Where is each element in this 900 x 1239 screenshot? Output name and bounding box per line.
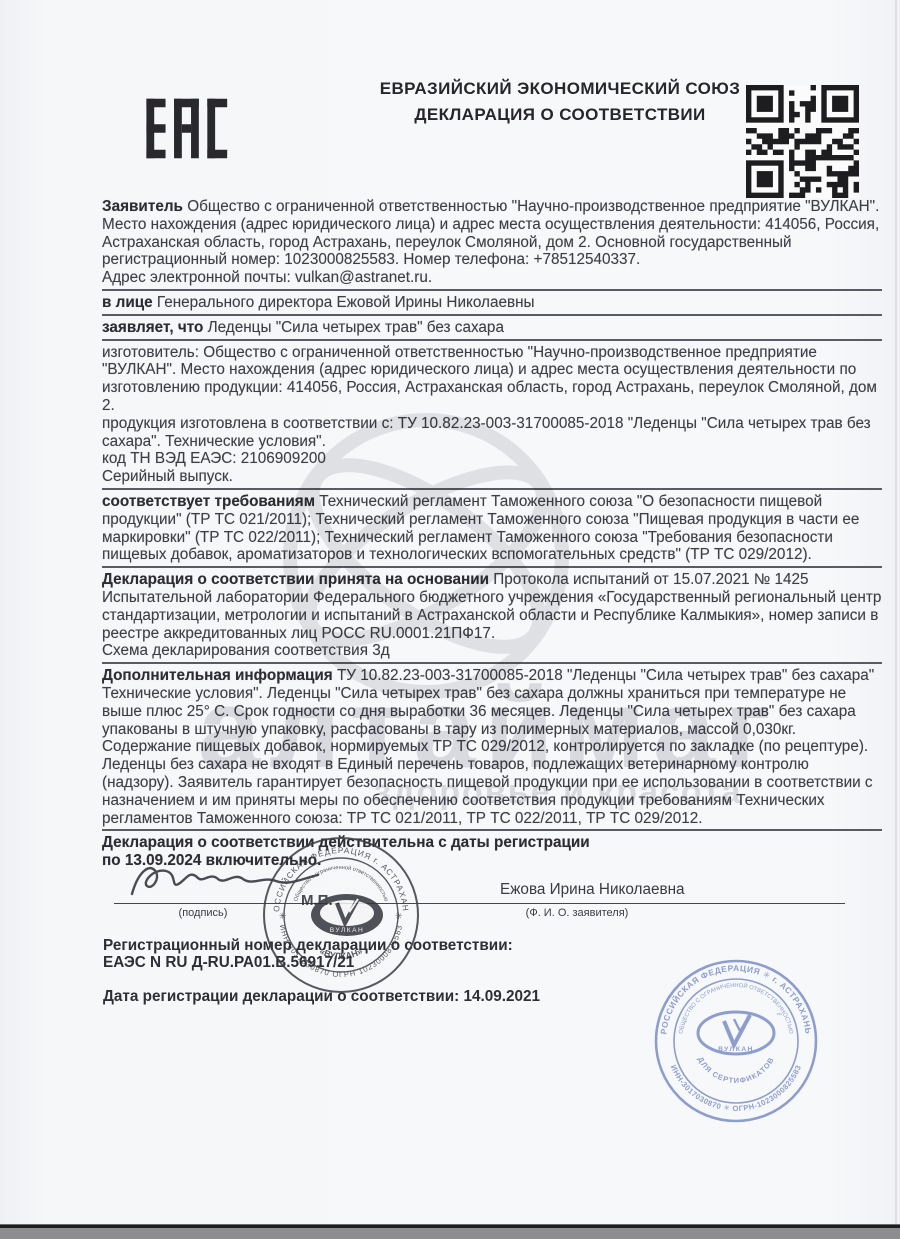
section-declares: заявляет, что Леденцы "Сила четырех трав… [102, 319, 882, 341]
stamp-blue-oval-label: ВУЛКАН [718, 1046, 754, 1053]
title-line-declaration: ДЕКЛАРАЦИЯ О СООТВЕТСТВИИ [315, 102, 805, 128]
person-name: Генерального директора Ежовой Ирины Нико… [153, 294, 535, 311]
svg-text:«ВУЛКАН»: «ВУЛКАН» [318, 946, 364, 961]
qr-code-icon [746, 85, 859, 198]
stamp-black-star-right: ✳ [395, 911, 403, 921]
watermark-slogan-text: здоровье и красота [374, 773, 742, 812]
product-name: Леденцы "Сила четырех трав" без сахара [203, 319, 504, 336]
stamp-black-company: «ВУЛКАН» [318, 946, 364, 961]
section-person: в лице Генерального директора Ежовой Ири… [102, 294, 882, 316]
document-title: ЕВРАЗИЙСКИЙ ЭКОНОМИЧЕСКИЙ СОЮЗ ДЕКЛАРАЦИ… [315, 76, 805, 128]
person-paragraph: в лице Генерального директора Ежовой Ири… [102, 294, 882, 312]
applicant-lead: Заявитель [102, 198, 183, 215]
eac-logo [145, 92, 230, 165]
applicant-paragraph: Заявитель Общество с ограниченной ответс… [102, 198, 882, 216]
title-line-union: ЕВРАЗИЙСКИЙ ЭКОНОМИЧЕСКИЙ СОЮЗ [315, 76, 805, 102]
scanned-declaration-page: { "header": { "eac": "EAC", "title1": "Е… [0, 0, 900, 1239]
round-stamp-blue: РОССИЙСКАЯ ФЕДЕРАЦИЯ ✳ г. АСТРАХАНЬ ИНН-… [652, 957, 820, 1125]
declarant-name: Ежова Ирина Николаевна [500, 881, 685, 899]
stamp-black-star-left: ✳ [279, 911, 287, 921]
stamp-blue-inner-top: ОБЩЕСТВО С ОГРАНИЧЕННОЙ ОТВЕТСТВЕННОСТЬЮ [678, 982, 793, 1035]
declarant-name-caption: (Ф. И. О. заявителя) [512, 907, 642, 919]
round-stamp-black: РОССИЙСКАЯ ФЕДЕРАЦИЯ г. АСТРАХАНЬ ИНН 30… [259, 833, 423, 997]
svg-text:ОБЩЕСТВО С ОГРАНИЧЕННОЙ ОТВЕТС: ОБЩЕСТВО С ОГРАНИЧЕННОЙ ОТВЕТСТВЕННОСТЬЮ [678, 982, 793, 1035]
manufacturer-paragraph: изготовитель: Общество с ограниченной от… [102, 344, 882, 415]
section-applicant: Заявитель Общество с ограниченной ответс… [102, 198, 882, 291]
stamp-black-oval-label: ВУЛКАН [330, 927, 364, 934]
stamp-blue-certificates-label: ДЛЯ СЕРТИФИКАТОВ [696, 1055, 776, 1085]
applicant-email: Адрес электронной почты: vulkan@astranet… [102, 269, 882, 287]
declares-paragraph: заявляет, что Леденцы "Сила четырех трав… [102, 319, 882, 337]
stamp-place-mp: М.П. [301, 892, 333, 909]
scan-edge-shadow [895, 0, 897, 1224]
sphere-watermark-icon [280, 410, 572, 702]
validity-line1: Декларация о соответствии действительна … [102, 834, 882, 852]
applicant-address: Место нахождения (адрес юридического лиц… [102, 216, 882, 269]
scan-bottom-band [0, 1224, 900, 1239]
stamp-blue-tm-mark: ™ [776, 1012, 782, 1019]
declares-lead: заявляет, что [102, 319, 203, 336]
applicant-name: Общество с ограниченной ответственностью… [183, 198, 879, 215]
person-lead: в лице [102, 294, 153, 311]
signature-caption: (подпись) [158, 907, 248, 919]
svg-text:ДЛЯ СЕРТИФИКАТОВ: ДЛЯ СЕРТИФИКАТОВ [696, 1055, 776, 1085]
